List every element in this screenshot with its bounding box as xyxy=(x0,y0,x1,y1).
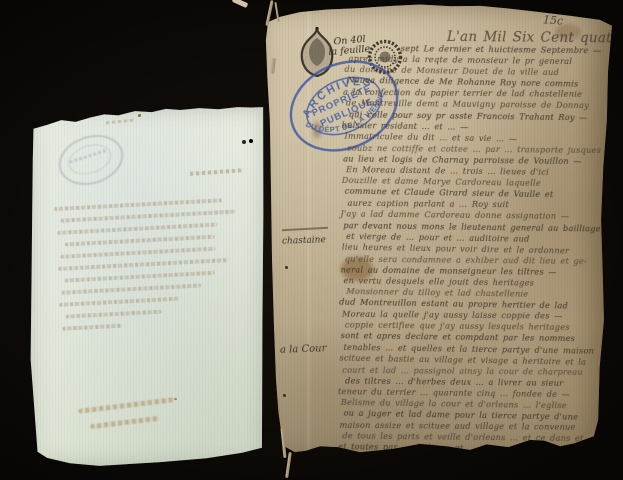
ink-speck xyxy=(285,266,288,269)
bleed-line xyxy=(65,271,215,283)
manuscript-lines: L'an Mil Six Cent quatre vingtsept Le de… xyxy=(337,28,615,456)
ink-speck xyxy=(242,140,246,144)
signature-stroke xyxy=(90,416,160,429)
paper-speck xyxy=(174,398,177,400)
bleed-through-text xyxy=(36,198,239,340)
bleed-line xyxy=(59,297,179,307)
faint-top-annotation xyxy=(106,119,134,125)
binding-thread xyxy=(232,0,249,8)
bleed-line xyxy=(62,324,122,331)
signature-stroke xyxy=(78,397,174,414)
bleed-line xyxy=(66,310,162,319)
margin-flourish xyxy=(282,227,328,231)
bleed-line xyxy=(57,223,217,235)
left-page xyxy=(28,106,266,468)
bleed-line xyxy=(61,210,236,223)
faint-date-annotation xyxy=(190,168,244,176)
faint-archives-stamp xyxy=(52,127,130,193)
paper-speck xyxy=(138,114,141,117)
bleed-line xyxy=(65,235,215,247)
bleed-line xyxy=(54,198,222,211)
manuscript-line: et toutes par … dudit … et … xyxy=(338,441,609,456)
photo-background: On 40l la feuille ARCHIVES PROPRIÉTÉ PUB… xyxy=(0,0,623,480)
bleed-line xyxy=(58,258,228,271)
bleed-line xyxy=(61,283,201,294)
margin-note: a la Cour xyxy=(280,343,327,356)
ink-speck xyxy=(283,394,286,397)
margin-note: chastaine xyxy=(282,235,326,247)
page-number: 15c xyxy=(543,13,564,27)
right-page: On 40l la feuille ARCHIVES PROPRIÉTÉ PUB… xyxy=(255,4,617,458)
dust-speck xyxy=(249,139,253,143)
bleed-line xyxy=(60,247,215,259)
